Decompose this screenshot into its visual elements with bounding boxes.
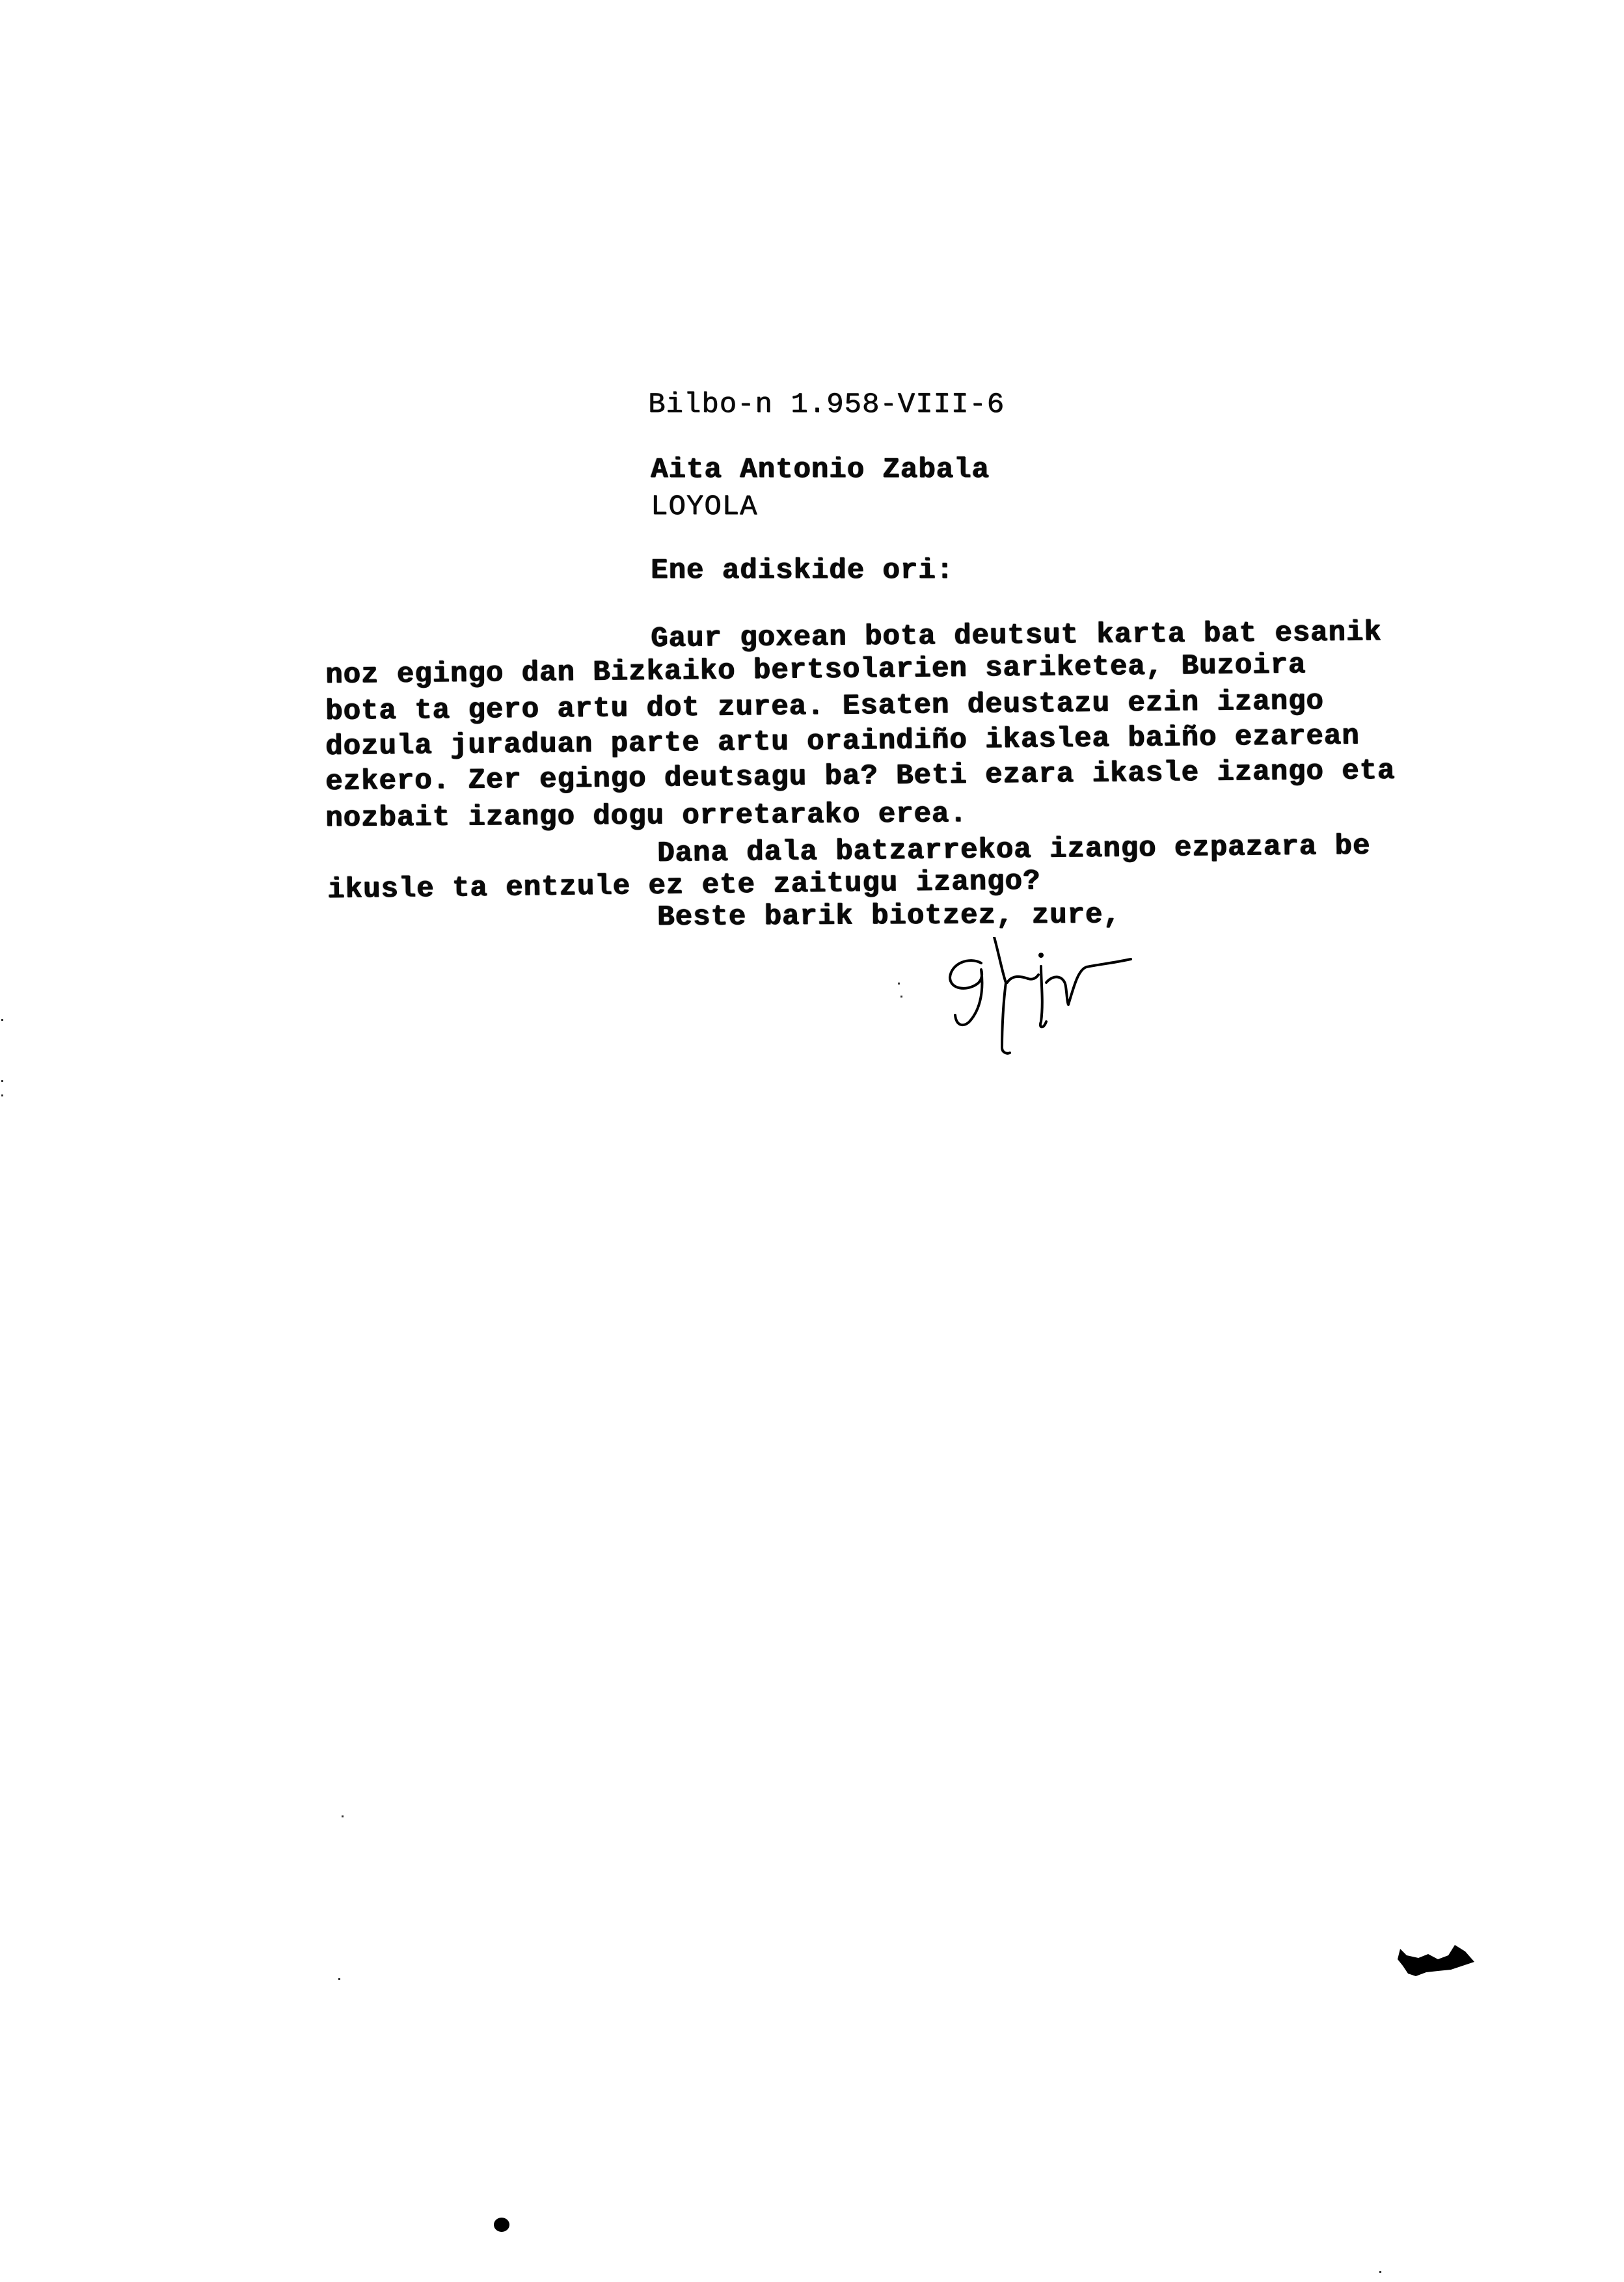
ink-dot <box>494 2218 509 2232</box>
stamp-mark <box>1392 1942 1477 1981</box>
body-line: ezkero. Zer egingo deutsagu ba? Beti eza… <box>325 757 1396 796</box>
body-line: dozula juraduan parte artu oraindiño ika… <box>325 722 1360 761</box>
body-line: bota ta gero artu dot zurea. Esaten deus… <box>325 687 1324 726</box>
body-line: ikusle ta entzule ez ete zaitugu izango? <box>327 867 1041 904</box>
recipient-location: LOYOLA <box>651 493 757 521</box>
closing: Beste barik biotzez, zure, <box>657 901 1121 932</box>
recipient-name: Aita Antonio Zabala <box>651 455 990 484</box>
body-line: noz egingo dan Bizkaiko bertsolarien sar… <box>325 651 1306 690</box>
scan-speck <box>1 1019 3 1021</box>
scan-speck <box>342 1815 344 1817</box>
scan-speck <box>898 983 900 985</box>
scan-speck <box>1 1094 3 1096</box>
body-line: Gaur goxean bota deutsut karta bat esani… <box>651 618 1382 653</box>
scan-speck <box>338 1978 340 1980</box>
salutation: Ene adiskide ori: <box>651 556 954 585</box>
signature <box>904 937 1139 1067</box>
scan-speck <box>1379 2271 1381 2273</box>
body-line: nozbait izango dogu orretarako erea. <box>325 800 968 833</box>
scan-speck <box>900 996 902 998</box>
scan-speck <box>1 1080 3 1082</box>
body-line: Dana dala batzarrekoa izango ezpazara be <box>657 832 1371 868</box>
letter-page: Bilbo-n 1.958-VIII-6 Aita Antonio Zabala… <box>0 0 1624 2282</box>
place-date: Bilbo-n 1.958-VIII-6 <box>648 390 1005 419</box>
